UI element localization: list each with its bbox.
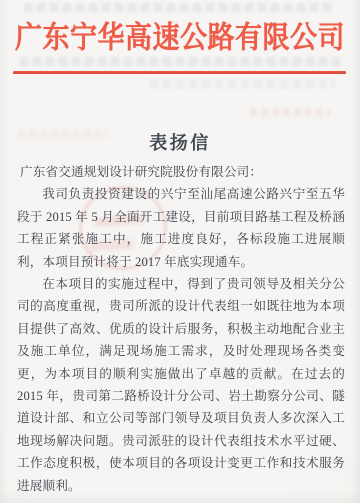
- letter-paragraph-2: 在本项目的实施过程中，得到了贵司领导及相关分公司的高度重视，贵司所派的设计代表组…: [17, 273, 345, 497]
- letterhead-rule: [13, 71, 346, 74]
- bleedthrough-smudge: [150, 80, 335, 89]
- letterhead-company-name: 广东宁华高速公路有限公司: [0, 13, 360, 57]
- letter-title: 表扬信: [0, 129, 360, 155]
- bleedthrough-smudge: [250, 108, 330, 117]
- scanned-commendation-letter: 广东宁华高速公路有限公司 表扬信 广东省交通规划设计研究院股份有限公司： 我司负…: [0, 0, 360, 503]
- bleedthrough-smudge: [20, 57, 340, 66]
- letter-paragraph-1: 我司负责投资建设的兴宁至汕尾高速公路兴宁至五华段于 2015 年 5 月全面开工…: [17, 183, 345, 273]
- letter-body: 广东省交通规划设计研究院股份有限公司： 我司负责投资建设的兴宁至汕尾高速公路兴宁…: [17, 161, 345, 497]
- letter-salutation: 广东省交通规划设计研究院股份有限公司：: [17, 161, 345, 183]
- bleedthrough-smudge: [24, 3, 334, 12]
